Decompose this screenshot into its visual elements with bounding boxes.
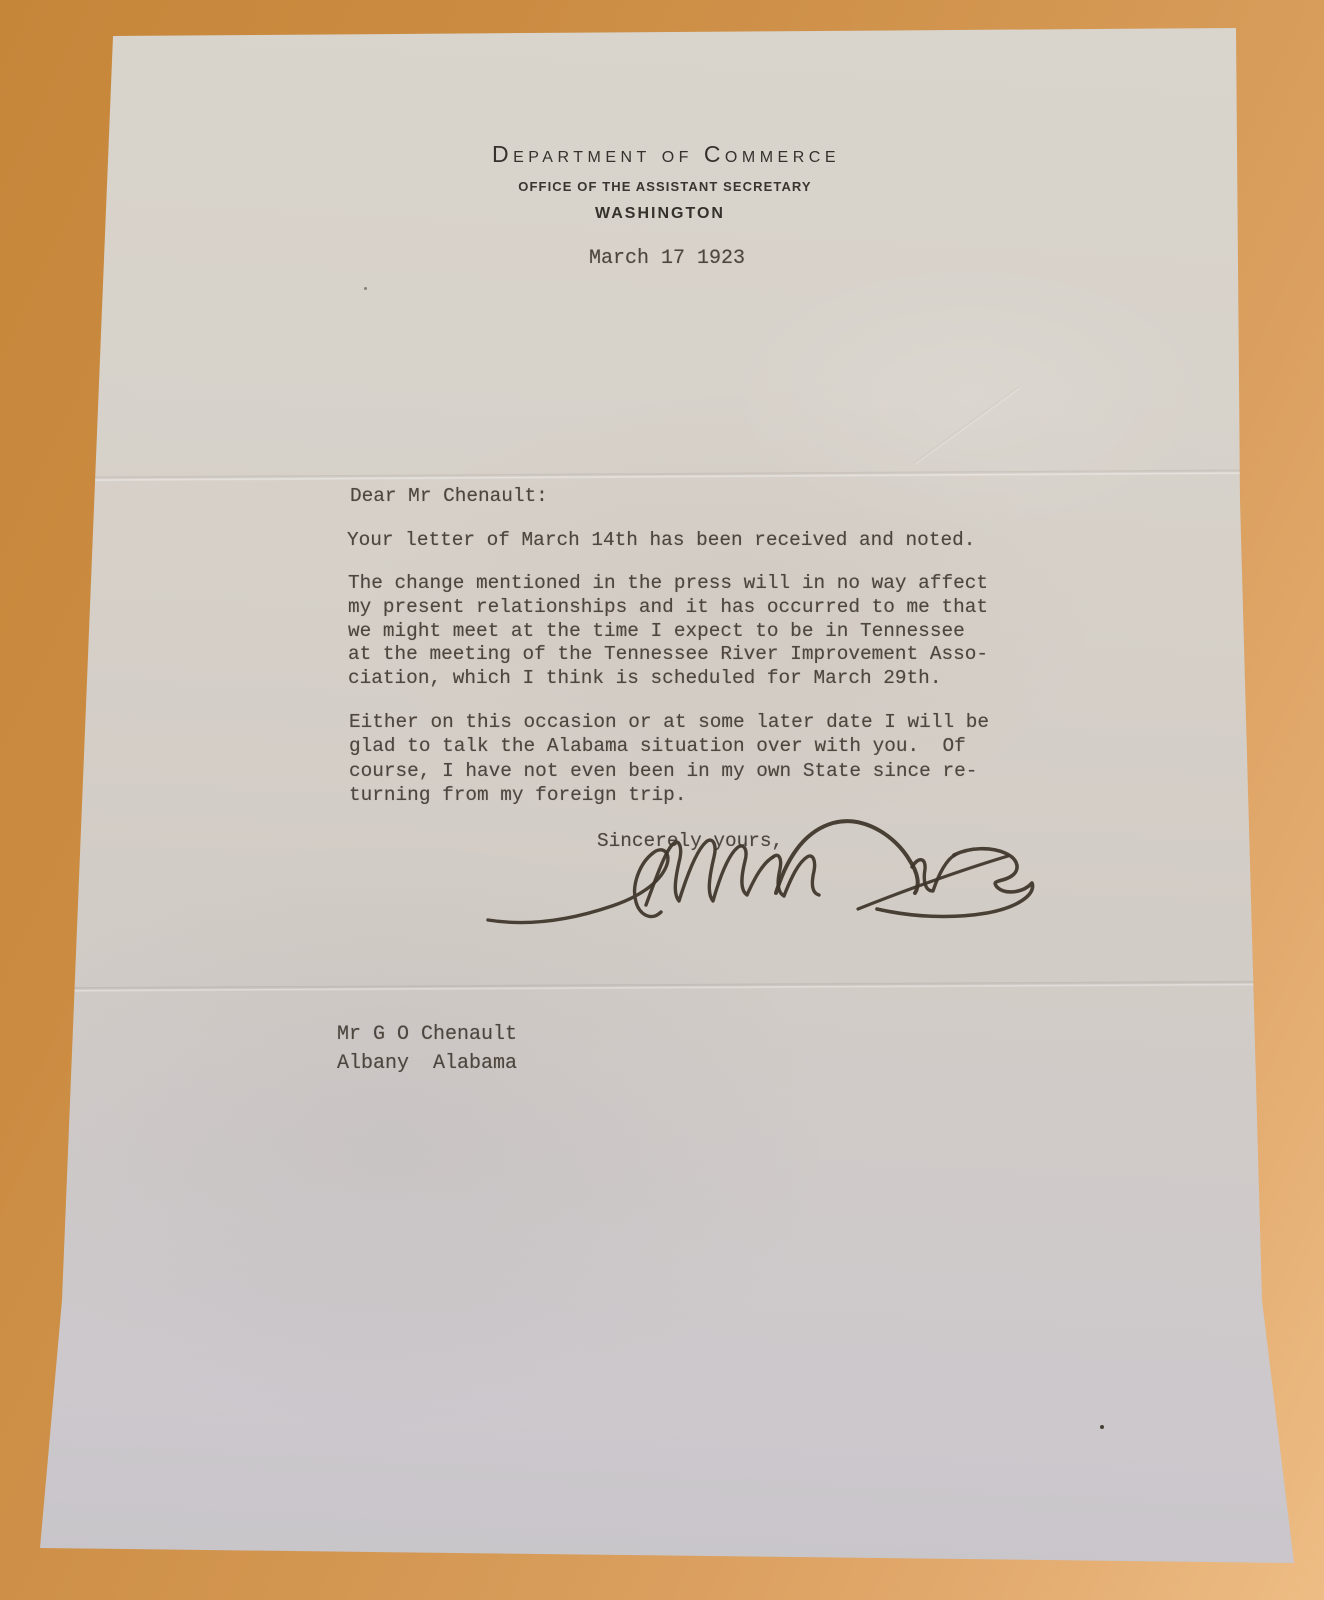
letterhead-city: WASHINGTON xyxy=(595,205,725,223)
fold-crease-top xyxy=(58,469,1284,481)
letterhead-department: Department of Commerce xyxy=(492,141,840,168)
salutation: Dear Mr Chenault: xyxy=(350,485,548,509)
paper-speck xyxy=(1100,1425,1104,1429)
recipient-block: Mr G O Chenault Albany Alabama xyxy=(337,1020,517,1078)
photo-of-letter: Department of Commerce OFFICE OF THE ASS… xyxy=(0,0,1324,1600)
paper-speck xyxy=(364,287,367,290)
letterhead-office: OFFICE OF THE ASSISTANT SECRETARY xyxy=(518,179,811,194)
body-paragraph-1: Your letter of March 14th has been recei… xyxy=(347,529,975,553)
body-paragraph-2: The change mentioned in the press will i… xyxy=(348,572,988,691)
paper-wrinkle xyxy=(914,386,1021,465)
body-paragraph-3: Either on this occasion or at some later… xyxy=(349,710,989,808)
letter-date: March 17 1923 xyxy=(589,247,745,271)
signature-scrawl xyxy=(460,795,1040,930)
fold-crease-bottom xyxy=(58,981,1284,992)
